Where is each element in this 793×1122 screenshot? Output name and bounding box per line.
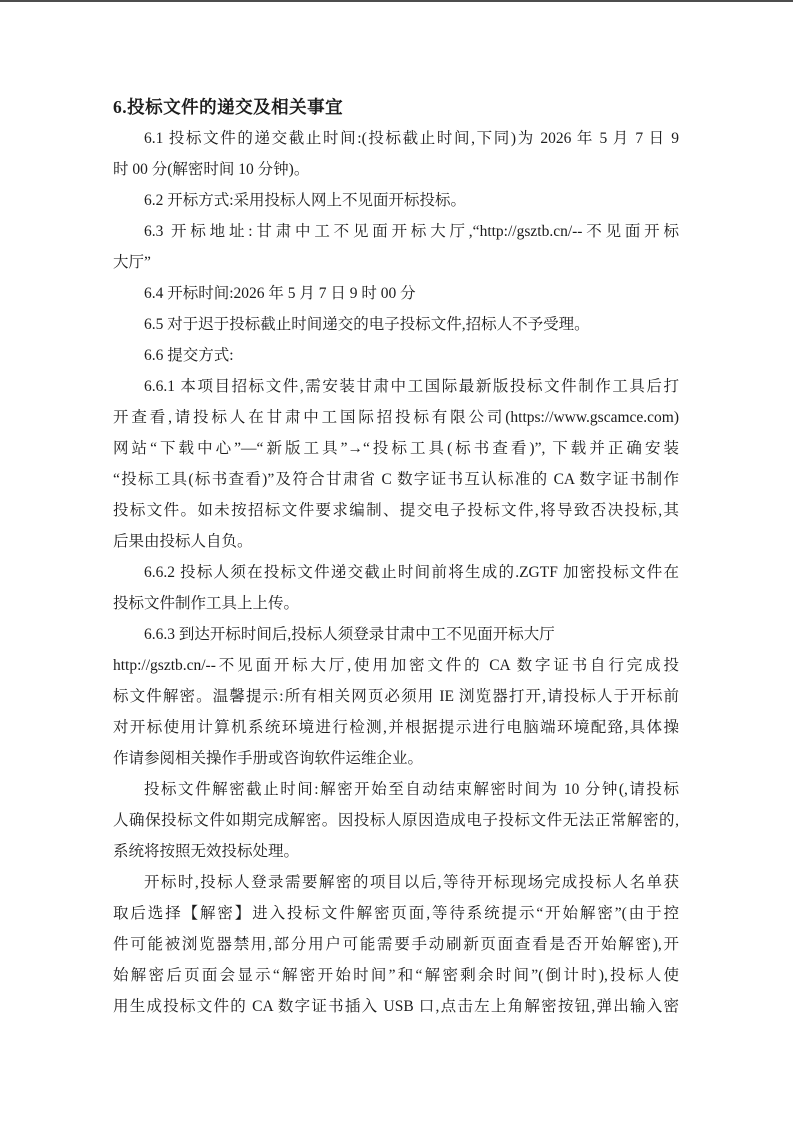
text-line: 6.6 提交方式: xyxy=(113,340,679,371)
document-content: 6.投标文件的递交及相关事宜 6.1 投标文件的递交截止时间:(投标截止时间,下… xyxy=(113,92,679,1022)
text-line: http://gsztb.cn/--不见面开标大厅,使用加密文件的 CA 数字证… xyxy=(113,650,679,681)
text-line: 开查看,请投标人在甘肃中工国际招投标有限公司(https://www.gscam… xyxy=(113,402,679,433)
text-line: 6.3 开标地址:甘肃中工不见面开标大厅,“http://gsztb.cn/--… xyxy=(113,216,679,247)
text-line: 大厅” xyxy=(113,247,679,278)
text-line: 6.6.1 本项目招标文件,需安装甘肃中工国际最新版投标文件制作工具后打 xyxy=(113,371,679,402)
text-line: 6.2 开标方式:采用投标人网上不见面开标投标。 xyxy=(113,185,679,216)
text-line: 系统将按照无效投标处理。 xyxy=(113,836,679,867)
text-line: 6.1 投标文件的递交截止时间:(投标截止时间,下同)为 2026 年 5 月 … xyxy=(113,123,679,154)
text-line: “投标工具(标书查看)”及符合甘肃省 C 数字证书互认标准的 CA 数字证书制作 xyxy=(113,464,679,495)
text-line: 标文件解密。温馨提示:所有相关网页必须用 IE 浏览器打开,请投标人于开标前 xyxy=(113,681,679,712)
text-line: 6.6.3 到达开标时间后,投标人须登录甘肃中工不见面开标大厅 xyxy=(113,619,679,650)
text-line: 人确保投标文件如期完成解密。因投标人原因造成电子投标文件无法正常解密的, xyxy=(113,805,679,836)
text-line: 投标文件。如未按招标文件要求编制、提交电子投标文件,将导致否决投标,其 xyxy=(113,495,679,526)
text-line: 6.6.2 投标人须在投标文件递交截止时间前将生成的.ZGTF 加密投标文件在 xyxy=(113,557,679,588)
text-line: 用生成投标文件的 CA 数字证书插入 USB 口,点击左上角解密按钮,弹出输入密 xyxy=(113,991,679,1022)
text-line: 始解密后页面会显示“解密开始时间”和“解密剩余时间”(倒计时),投标人使 xyxy=(113,960,679,991)
text-line: 网站“下载中心”—“新版工具”→“投标工具(标书查看)”, 下载并正确安装 xyxy=(113,433,679,464)
text-line: 后果由投标人自负。 xyxy=(113,526,679,557)
document-page: 6.投标文件的递交及相关事宜 6.1 投标文件的递交截止时间:(投标截止时间,下… xyxy=(0,0,793,1122)
page-top-edge-line xyxy=(0,0,793,2)
text-line: 作请参阅相关操作手册或咨询软件运维企业。 xyxy=(113,743,679,774)
text-line: 投标文件解密截止时间:解密开始至自动结束解密时间为 10 分钟(,请投标 xyxy=(113,774,679,805)
text-line: 6.5 对于迟于投标截止时间递交的电子投标文件,招标人不予受理。 xyxy=(113,309,679,340)
text-line: 时 00 分(解密时间 10 分钟)。 xyxy=(113,154,679,185)
text-line: 开标时,投标人登录需要解密的项目以后,等待开标现场完成投标人名单获 xyxy=(113,867,679,898)
text-line: 件可能被浏览器禁用,部分用户可能需要手动刷新页面查看是否开始解密),开 xyxy=(113,929,679,960)
text-line: 投标文件制作工具上上传。 xyxy=(113,588,679,619)
text-line: 6.4 开标时间:2026 年 5 月 7 日 9 时 00 分 xyxy=(113,278,679,309)
section-heading: 6.投标文件的递交及相关事宜 xyxy=(113,92,679,123)
text-line: 对开标使用计算机系统环境进行检测,并根据提示进行电脑端环境配臵,具体操 xyxy=(113,712,679,743)
document-body: 6.1 投标文件的递交截止时间:(投标截止时间,下同)为 2026 年 5 月 … xyxy=(113,123,679,1022)
text-line: 取后选择【解密】进入投标文件解密页面,等待系统提示“开始解密”(由于控 xyxy=(113,898,679,929)
